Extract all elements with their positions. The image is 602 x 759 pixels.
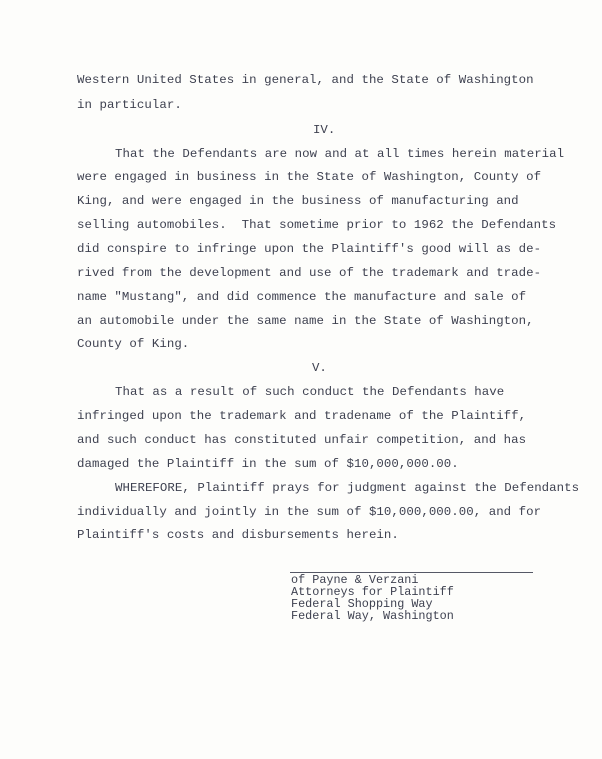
section-heading-v: V. xyxy=(312,360,327,376)
signature-text: Federal Way, Washington xyxy=(291,610,454,622)
text-line: Western United States in general, and th… xyxy=(77,72,534,88)
text-line: name "Mustang", and did commence the man… xyxy=(77,289,526,305)
text-line: infringed upon the trademark and tradena… xyxy=(77,408,526,424)
text-line: individually and jointly in the sum of $… xyxy=(77,504,541,520)
text-line: were engaged in business in the State of… xyxy=(77,169,541,185)
text-line: an automobile under the same name in the… xyxy=(77,313,534,329)
text-line: Plaintiff's costs and disbursements here… xyxy=(77,527,399,543)
text-line: did conspire to infringe upon the Plaint… xyxy=(77,241,541,257)
text-line: and such conduct has constituted unfair … xyxy=(77,432,526,448)
text-line: in particular. xyxy=(77,97,182,113)
text-line: County of King. xyxy=(77,336,189,352)
document-page: Western United States in general, and th… xyxy=(0,0,602,759)
text-line: rived from the development and use of th… xyxy=(77,265,541,281)
text-line: That as a result of such conduct the Def… xyxy=(115,384,504,400)
text-line: WHEREFORE, Plaintiff prays for judgment … xyxy=(115,480,579,496)
section-heading-iv: IV. xyxy=(313,122,335,138)
text-line: King, and were engaged in the business o… xyxy=(77,193,519,209)
text-line: That the Defendants are now and at all t… xyxy=(115,146,564,162)
text-line: damaged the Plaintiff in the sum of $10,… xyxy=(77,456,459,472)
text-line: selling automobiles. That sometime prior… xyxy=(77,217,556,233)
